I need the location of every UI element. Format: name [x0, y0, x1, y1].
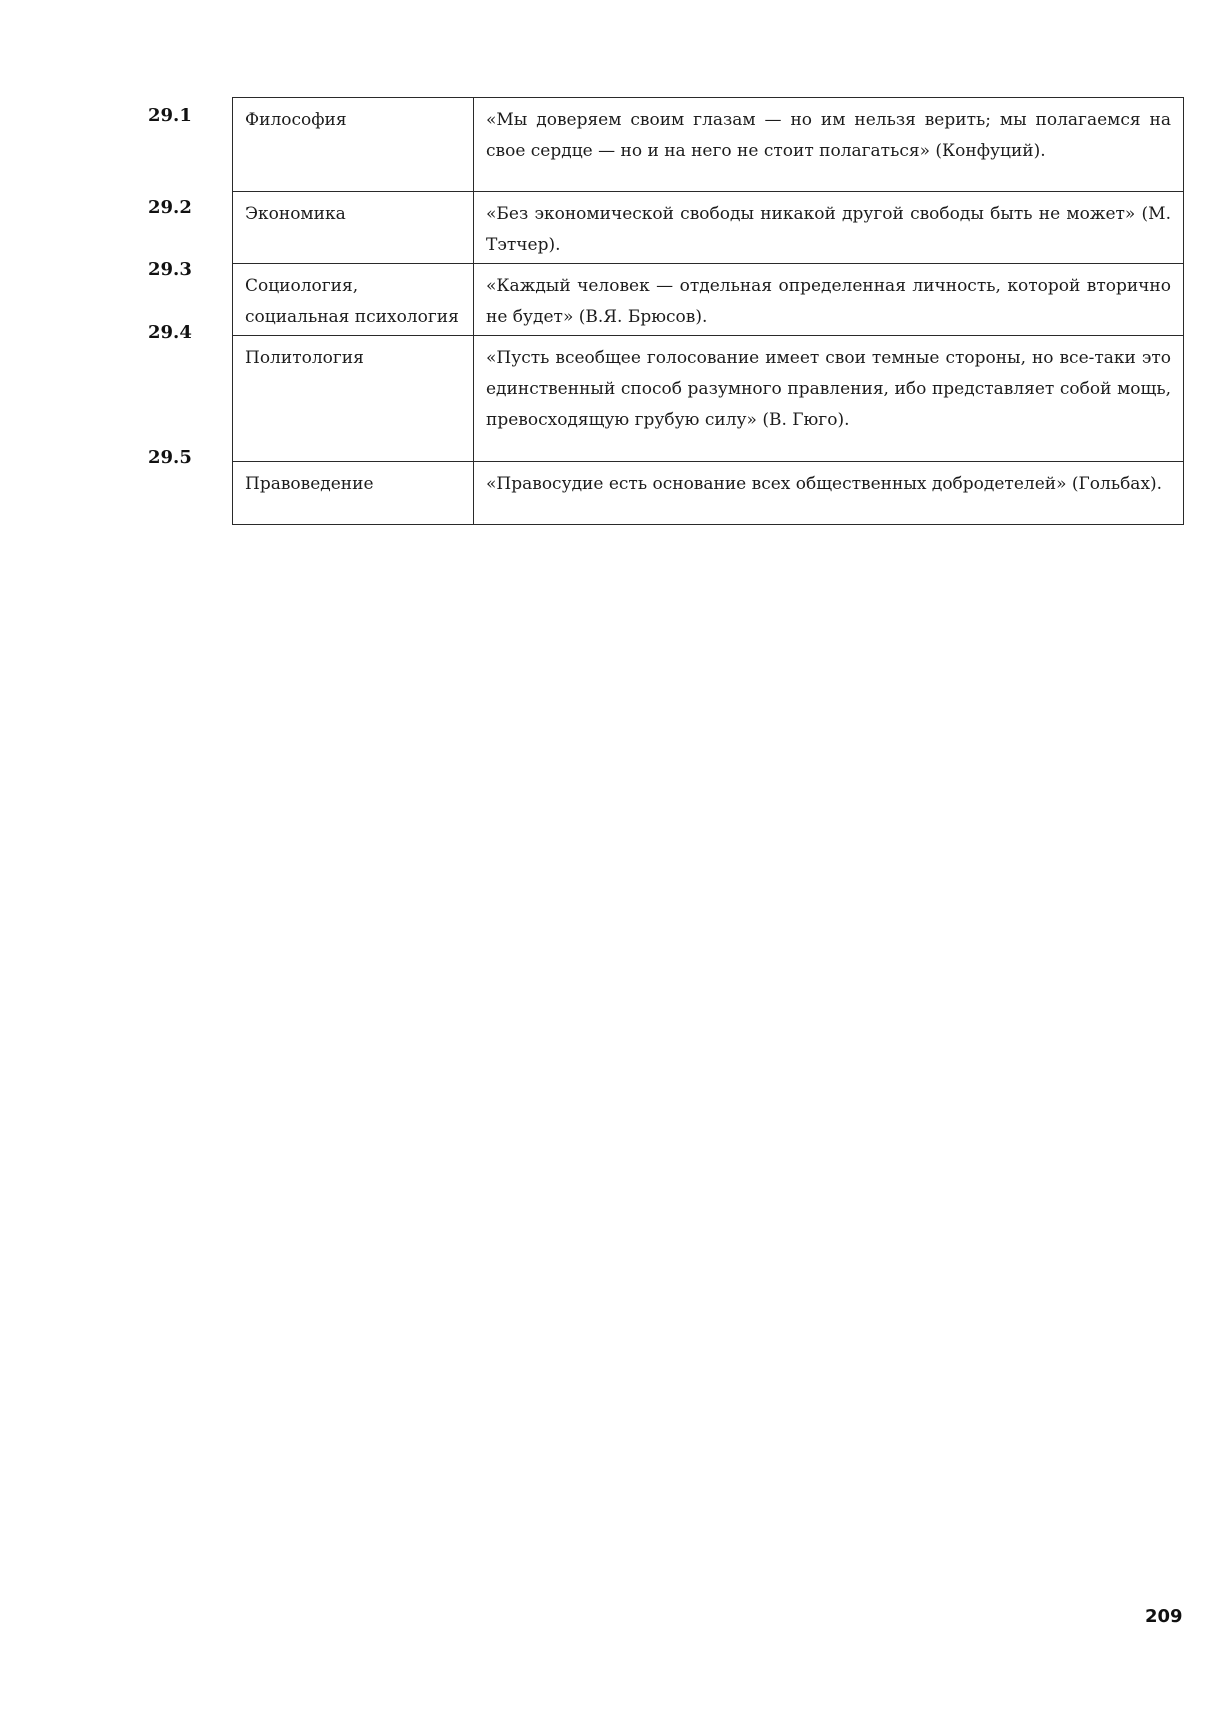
- essay-topics-table: Философия «Мы доверяем своим глазам — но…: [232, 97, 1184, 525]
- quote-cell: «Пусть всеобщее голосование имеет свои т…: [474, 336, 1184, 462]
- quote-cell: «Мы доверяем своим глазам — но им нельзя…: [474, 98, 1184, 192]
- item-number: 29.5: [148, 447, 228, 468]
- subject-cell: Политология: [233, 336, 474, 462]
- table-row: Правоведение «Правосудие есть основание …: [233, 462, 1184, 525]
- item-number: 29.4: [148, 322, 228, 343]
- document-page: 29.1 29.2 29.3 29.4 29.5 Философия «Мы д…: [0, 0, 1216, 1712]
- table-row: Философия «Мы доверяем своим глазам — но…: [233, 98, 1184, 192]
- subject-cell: Социология, социальная психология: [233, 264, 474, 336]
- table-row: Социология, социальная психология «Кажды…: [233, 264, 1184, 336]
- table-row: Экономика «Без экономической свободы ник…: [233, 192, 1184, 264]
- subject-cell: Экономика: [233, 192, 474, 264]
- item-number: 29.2: [148, 197, 228, 218]
- quote-cell: «Правосудие есть основание всех обществе…: [474, 462, 1184, 525]
- quote-cell: «Каждый человек — отдельная определенная…: [474, 264, 1184, 336]
- item-number: 29.1: [148, 105, 228, 126]
- table-row: Политология «Пусть всеобщее голосование …: [233, 336, 1184, 462]
- item-number: 29.3: [148, 259, 228, 280]
- subject-cell: Правоведение: [233, 462, 474, 525]
- subject-cell: Философия: [233, 98, 474, 192]
- page-number: 209: [1145, 1606, 1183, 1627]
- quote-cell: «Без экономической свободы никакой друго…: [474, 192, 1184, 264]
